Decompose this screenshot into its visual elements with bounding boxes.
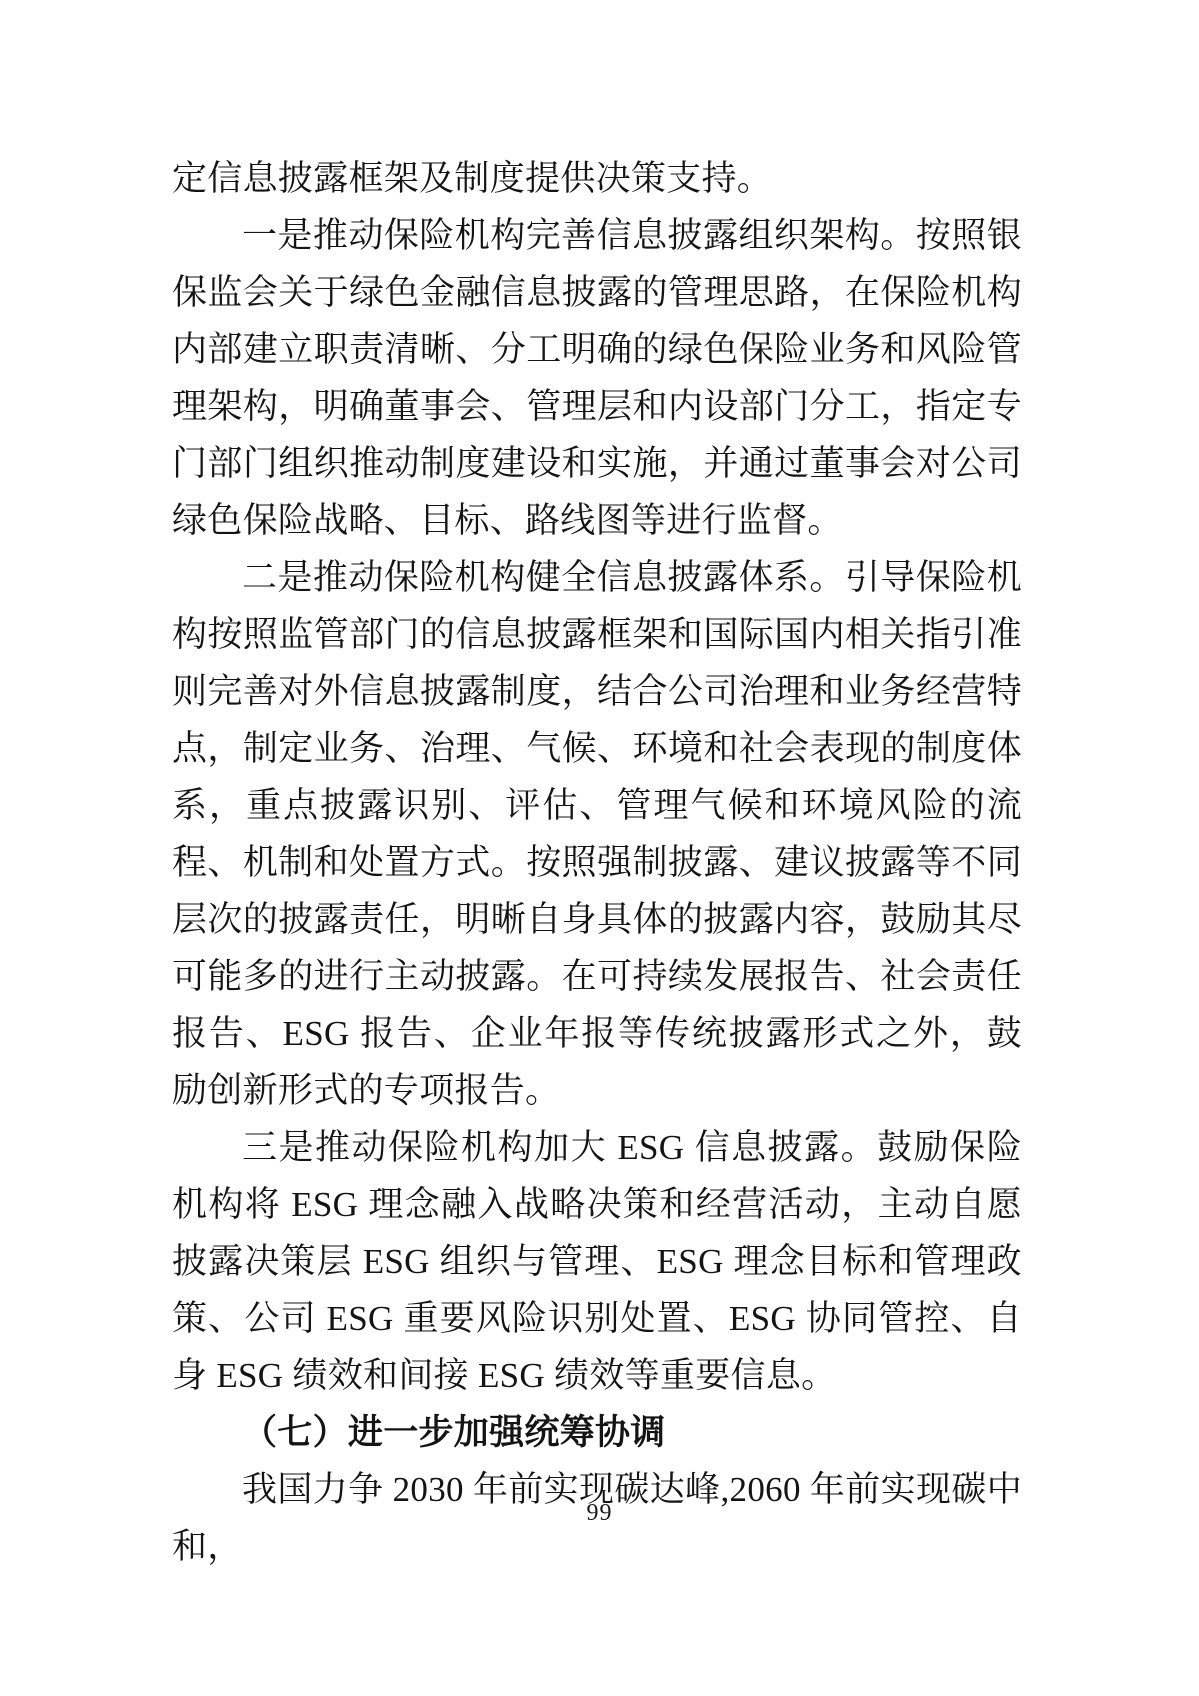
document-body: 定信息披露框架及制度提供决策支持。 一是推动保险机构完善信息披露组织架构。按照银… [172, 150, 1022, 1575]
page-number: 99 [587, 1498, 613, 1528]
paragraph-point-one: 一是推动保险机构完善信息披露组织架构。按照银保监会关于绿色金融信息披露的管理思路… [172, 207, 1022, 549]
paragraph-continuation: 定信息披露框架及制度提供决策支持。 [172, 150, 1022, 207]
paragraph-point-three: 三是推动保险机构加大 ESG 信息披露。鼓励保险机构将 ESG 理念融入战略决策… [172, 1119, 1022, 1404]
paragraph-point-two: 二是推动保险机构健全信息披露体系。引导保险机构按照监管部门的信息披露框架和国际国… [172, 549, 1022, 1119]
document-page: 定信息披露框架及制度提供决策支持。 一是推动保险机构完善信息披露组织架构。按照银… [0, 0, 1199, 1696]
section-heading: （七）进一步加强统筹协调 [172, 1404, 1022, 1461]
page-footer: 99 [0, 1498, 1199, 1528]
